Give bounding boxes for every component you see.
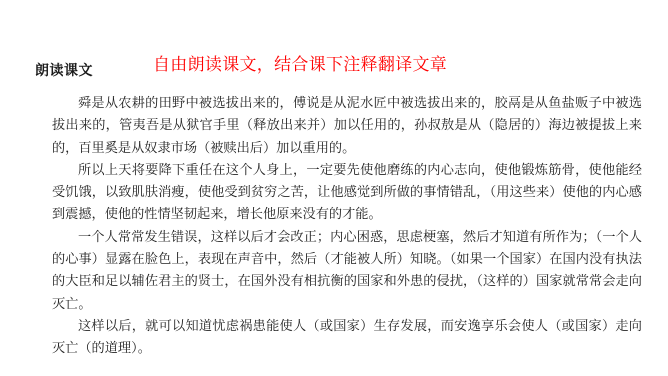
section-title: 朗读课文 [35,60,93,80]
paragraph-3: 一个人常常发生错误，这样以后才会改正；内心困惑，思虑梗塞，然后才知道有所作为；（… [52,227,642,316]
translation-passage: 舜是从农耕的田野中被选拔出来的，傅说是从泥水匠中被选拔出来的，胶鬲是从鱼盐贩子中… [52,93,642,361]
paragraph-2: 所以上天将要降下重任在这个人身上，一定要先使他磨练的内心志向，使他锻炼筋骨，使他… [52,160,642,227]
instruction-text: 自由朗读课文，结合课下注释翻译文章 [153,50,447,75]
paragraph-1: 舜是从农耕的田野中被选拔出来的，傅说是从泥水匠中被选拔出来的，胶鬲是从鱼盐贩子中… [52,93,642,160]
paragraph-4: 这样以后，就可以知道忧虑祸患能使人（或国家）生存发展，而安逸享乐会使人（或国家）… [52,316,642,361]
